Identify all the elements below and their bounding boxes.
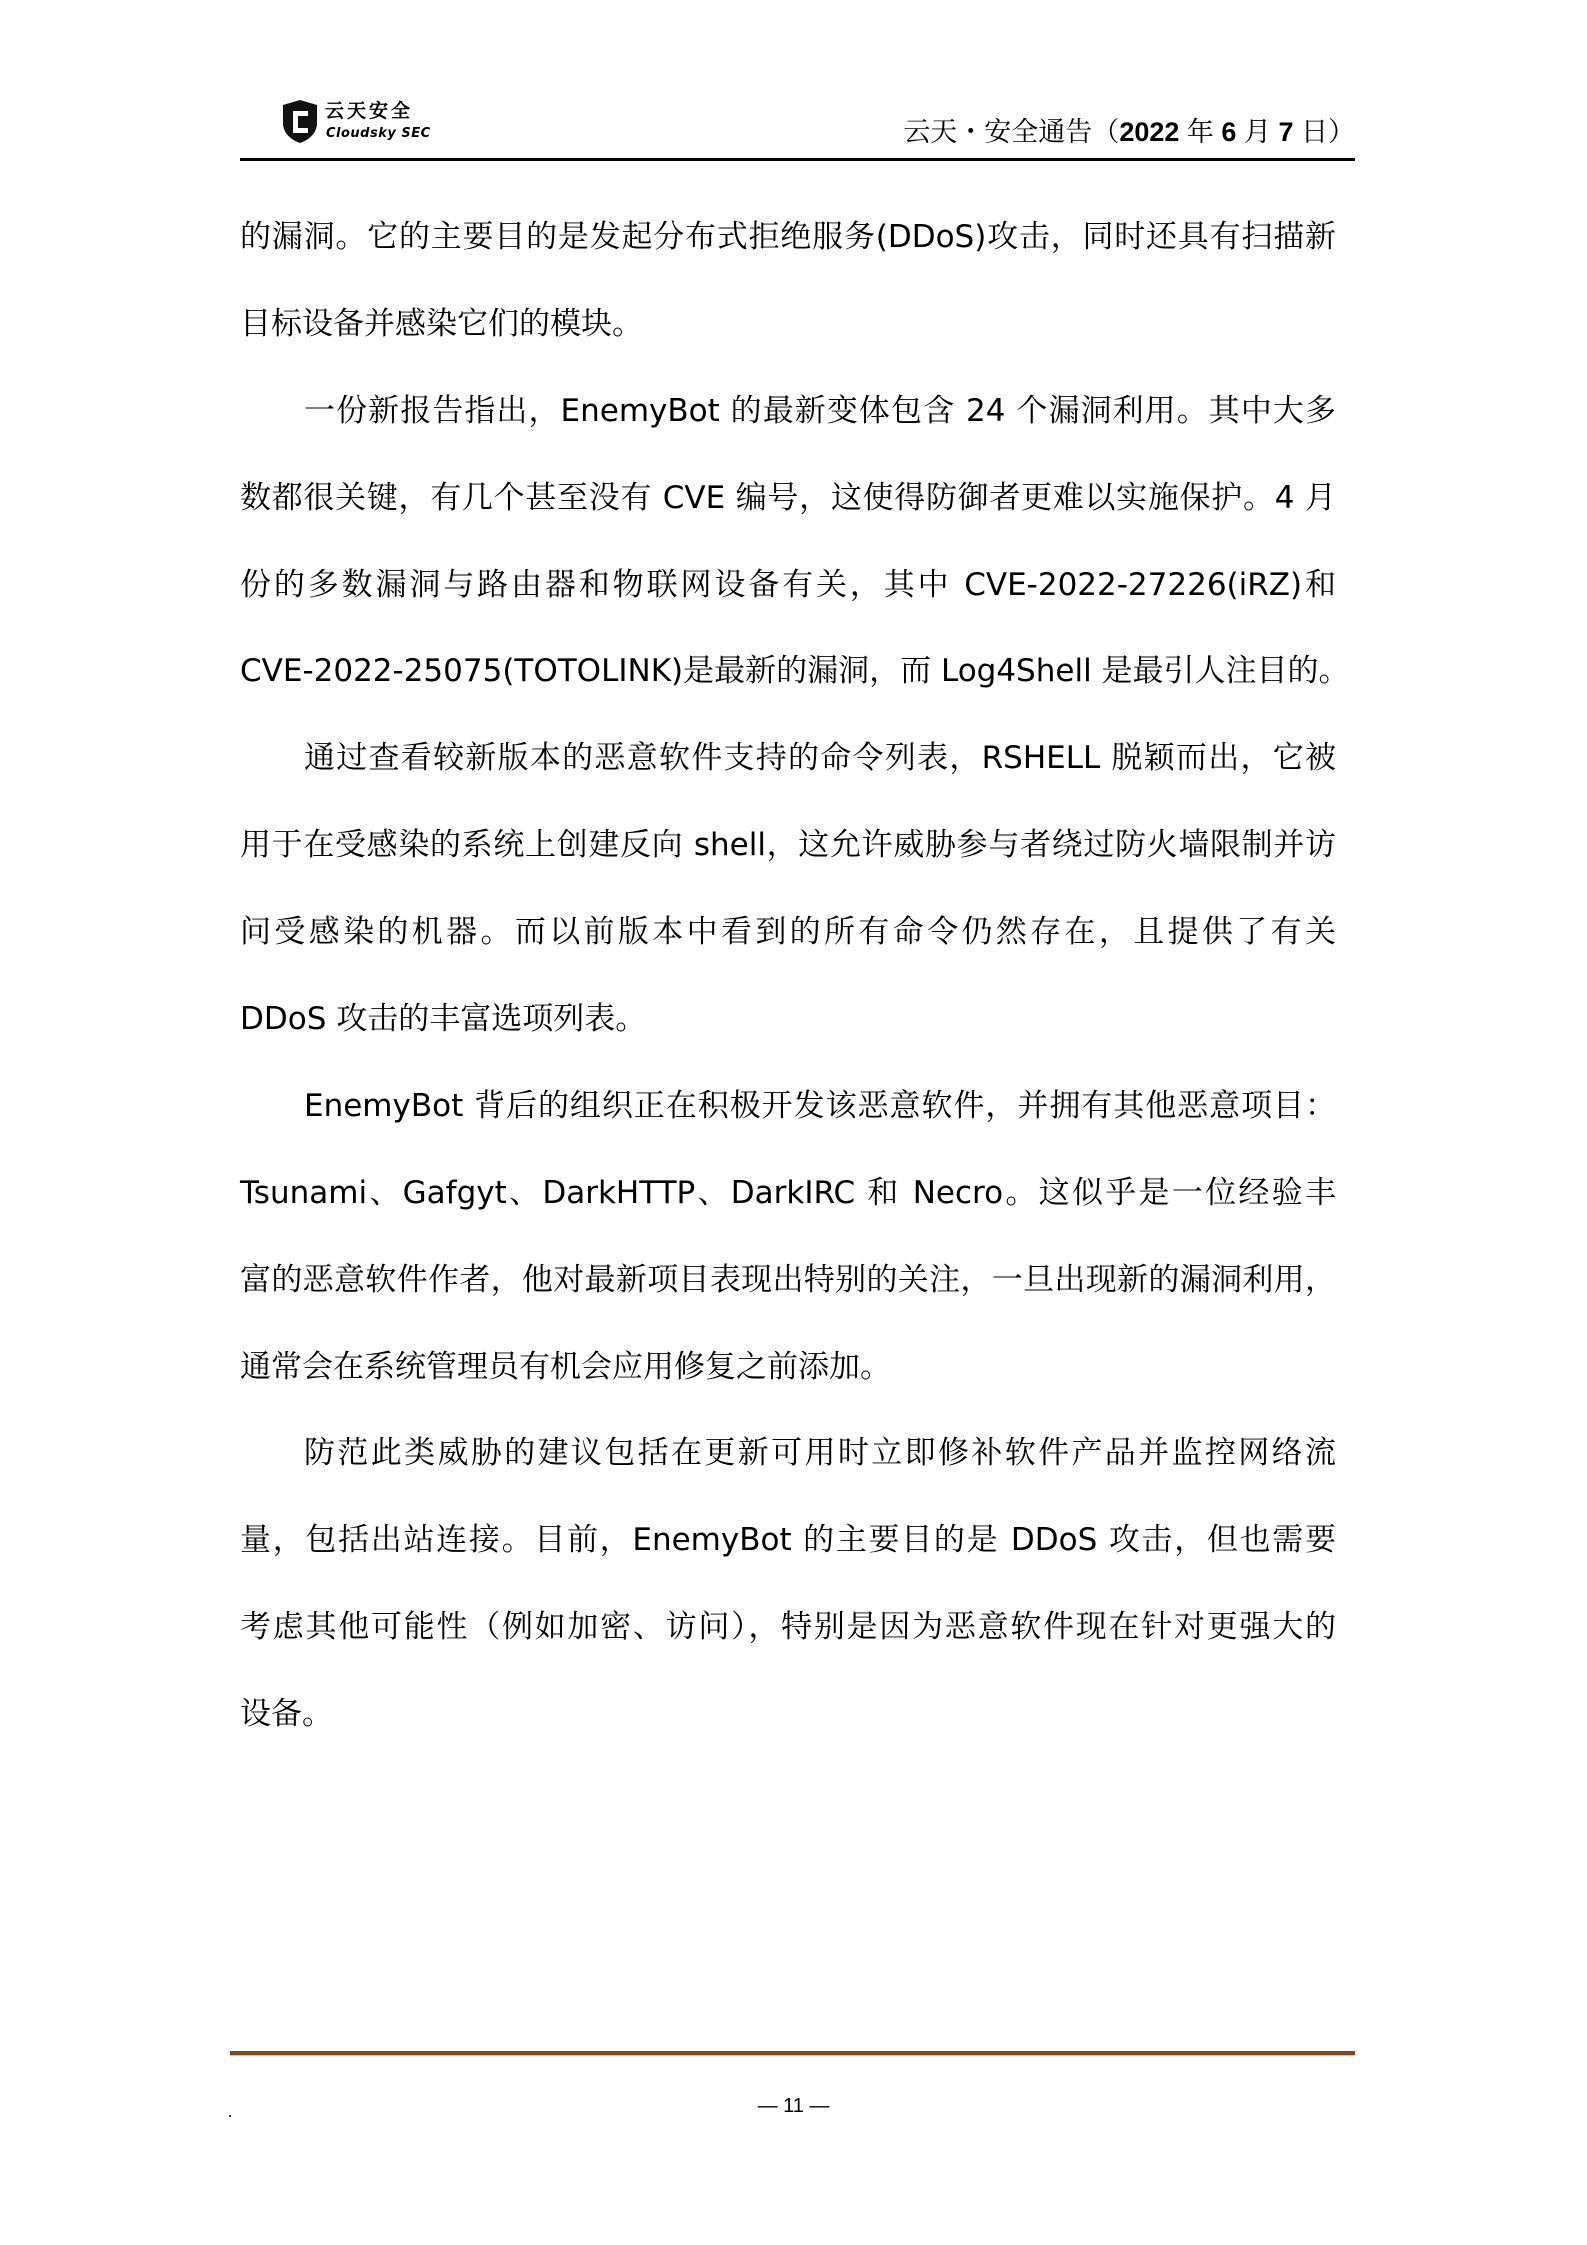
page-number: — 11 — [0,2092,1587,2120]
text-line: 量，包括出站连接。目前，EnemyBot 的主要目的是 DDoS 攻击，但也需要 [240,1497,1336,1584]
paragraph: EnemyBot 背后的组织正在积极开发该恶意软件，并拥有其他恶意项目： Tsu… [240,1063,1336,1411]
paragraph: 通过查看较新版本的恶意软件支持的命令列表，RSHELL 脱颖而出，它被 用于在受… [240,715,1336,1063]
company-logo: 云天安全 Cloudsky SEC [281,99,421,145]
text-line: 用于在受感染的系统上创建反向 shell，这允许威胁参与者绕过防火墙限制并访 [240,802,1336,889]
logo-name-en: Cloudsky SEC [326,126,431,142]
header-day-unit: 日） [1293,117,1355,147]
header-year: 2022 [1119,117,1179,147]
text-line: 目标设备并感染它们的模块。 [240,281,1336,368]
text-line: 的漏洞。它的主要目的是发起分布式拒绝服务(DDoS)攻击，同时还具有扫描新 [240,194,1336,281]
text-line: Tsunami、Gafgyt、DarkHTTP、DarkIRC 和 Necro。… [240,1150,1336,1237]
text-line: EnemyBot 背后的组织正在积极开发该恶意软件，并拥有其他恶意项目： [240,1063,1336,1150]
text-line: 一份新报告指出，EnemyBot 的最新变体包含 24 个漏洞利用。其中大多 [240,368,1336,455]
header-month-unit: 月 [1236,117,1278,147]
paragraph: 一份新报告指出，EnemyBot 的最新变体包含 24 个漏洞利用。其中大多 数… [240,368,1336,716]
text-line: CVE-2022-25075(TOTOLINK)是最新的漏洞，而 Log4She… [240,628,1336,715]
text-line: 问受感染的机器。而以前版本中看到的所有命令仍然存在，且提供了有关 [240,889,1336,976]
document-body: 的漏洞。它的主要目的是发起分布式拒绝服务(DDoS)攻击，同时还具有扫描新 目标… [240,194,1336,1758]
footer-divider [230,2051,1355,2055]
header-divider [240,158,1355,161]
text-line: DDoS 攻击的丰富选项列表。 [240,976,1336,1063]
header-day: 7 [1278,117,1293,147]
text-line: 防范此类威胁的建议包括在更新可用时立即修补软件产品并监控网络流 [240,1410,1336,1497]
header-month: 6 [1221,117,1236,147]
logo-name-cn: 云天安全 [325,100,413,122]
text-line: 份的多数漏洞与路由器和物联网设备有关，其中 CVE-2022-27226(iRZ… [240,542,1336,629]
header-title-prefix: 云天・安全通告（ [903,117,1119,147]
header-year-unit: 年 [1179,117,1221,147]
shield-c-logo-icon [281,99,319,144]
document-header-title: 云天・安全通告（2022 年 6 月 7 日） [903,115,1355,149]
text-line: 数都很关键，有几个甚至没有 CVE 编号，这使得防御者更难以实施保护。4 月 [240,455,1336,542]
text-line: 富的恶意软件作者，他对最新项目表现出特别的关注，一旦出现新的漏洞利用， [240,1237,1336,1324]
paragraph: 防范此类威胁的建议包括在更新可用时立即修补软件产品并监控网络流 量，包括出站连接… [240,1410,1336,1758]
text-line: 通过查看较新版本的恶意软件支持的命令列表，RSHELL 脱颖而出，它被 [240,715,1336,802]
text-line: 通常会在系统管理员有机会应用修复之前添加。 [240,1324,1336,1411]
text-line: 设备。 [240,1671,1336,1758]
text-line: 考虑其他可能性（例如加密、访问），特别是因为恶意软件现在针对更强大的 [240,1584,1336,1671]
paragraph: 的漏洞。它的主要目的是发起分布式拒绝服务(DDoS)攻击，同时还具有扫描新 目标… [240,194,1336,368]
